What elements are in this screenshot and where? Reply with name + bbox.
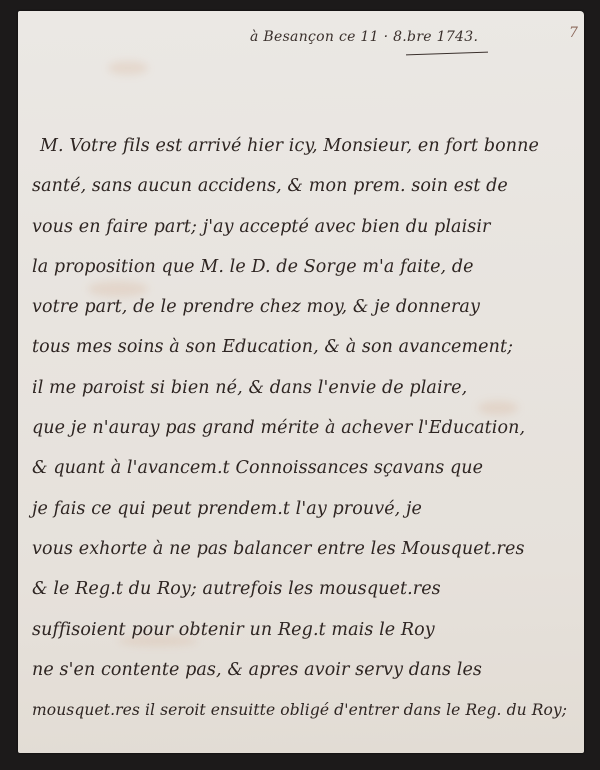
date-underline [406,52,488,56]
letter-line-13: suffisoient pour obtenir un Reg.t mais l… [32,610,578,650]
letter-line-6: tous mes soins à son Education, & à son … [32,327,578,367]
letter-line-3: vous en faire part; j'ay accepté avec bi… [32,207,578,247]
letter-line-5: votre part, de le prendre chez moy, & je… [32,287,578,327]
letter-line-7: il me paroist si bien né, & dans l'envie… [32,368,578,408]
letter-line-14: ne s'en contente pas, & apres avoir serv… [32,650,578,690]
scan-background: à Besançon ce 11 · 8.bre 1743. 7 M. Votr… [0,0,600,770]
letter-line-1: M. Votre fils est arrivé hier icy, Monsi… [32,126,578,166]
letter-line-12: & le Reg.t du Roy; autrefois les mousque… [32,569,578,609]
paper-stain [108,61,148,75]
letter-body: M. Votre fils est arrivé hier icy, Monsi… [32,126,578,730]
letter-line-2: santé, sans aucun accidens, & mon prem. … [32,166,578,206]
letter-line-10: je fais ce qui peut prendem.t l'ay prouv… [32,489,578,529]
page-number: 7 [569,25,578,41]
letter-line-11: vous exhorte à ne pas balancer entre les… [32,529,578,569]
dateline: à Besançon ce 11 · 8.bre 1743. [250,29,478,45]
letter-line-9: & quant à l'avancem.t Connoissances sçav… [32,448,578,488]
letter-line-4: la proposition que M. le D. de Sorge m'a… [32,247,578,287]
letter-line-15: mousquet.res il seroit ensuitte obligé d… [32,690,578,730]
letter-page: à Besançon ce 11 · 8.bre 1743. 7 M. Votr… [18,11,584,753]
letter-line-8: que je n'auray pas grand mérite à acheve… [32,408,578,448]
